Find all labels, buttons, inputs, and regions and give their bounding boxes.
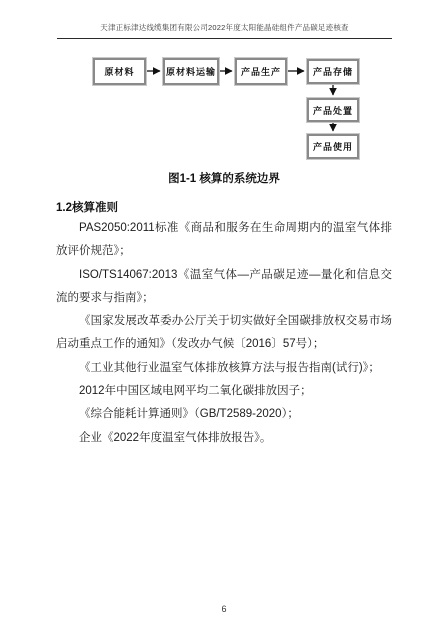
paragraph: 《国家发展改革委办公厅关于切实做好全国碳排放权交易市场启动重点工作的通知》（发改… xyxy=(56,310,392,357)
document-page: 天津正标津达线缆集团有限公司2022年度太阳能晶硅组件产品碳足迹核查 原材料 原… xyxy=(0,0,448,642)
flow-box-product-production: 产品生产 xyxy=(235,58,287,85)
paragraph: 《工业其他行业温室气体排放核算方法与报告指南(试行)》； xyxy=(56,357,392,380)
flow-arrows xyxy=(0,0,448,170)
system-boundary-flowchart: 原材料 原材料运输 产品生产 产品存储 产品处置 产品使用 xyxy=(0,0,448,170)
flow-box-product-use: 产品使用 xyxy=(307,134,359,159)
paragraph: PAS2050:2011标准《商品和服务在生命周期内的温室气体排放评价规范》； xyxy=(56,217,392,264)
flow-box-product-storage: 产品存储 xyxy=(307,59,359,84)
paragraph: 企业《2022年度温室气体排放报告》。 xyxy=(56,427,392,450)
body-text: PAS2050:2011标准《商品和服务在生命周期内的温室气体排放评价规范》； … xyxy=(56,217,392,450)
figure-caption: 图1-1 核算的系统边界 xyxy=(0,170,448,186)
flow-box-product-disposal: 产品处置 xyxy=(307,98,359,122)
page-number: 6 xyxy=(0,604,448,614)
section-heading: 1.2核算准则 xyxy=(56,199,392,215)
flow-box-raw-material-transport: 原材料运输 xyxy=(163,58,219,85)
paragraph: ISO/TS14067:2013《温室气体—产品碳足迹—量化和信息交流的要求与指… xyxy=(56,264,392,311)
paragraph: 《综合能耗计算通则》（GB/T2589-2020）； xyxy=(56,403,392,426)
paragraph: 2012年中国区域电网平均二氧化碳排放因子； xyxy=(56,380,392,403)
flow-box-raw-material: 原材料 xyxy=(93,58,146,85)
